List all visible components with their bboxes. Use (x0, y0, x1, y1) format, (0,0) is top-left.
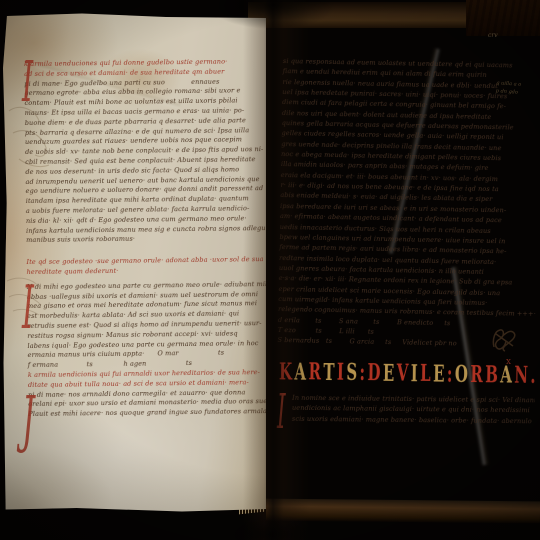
heading-letter: T (323, 358, 335, 386)
heading-letter: S (346, 358, 357, 386)
right-page: crv q uilla a op dn gdo si qua responsua… (270, 16, 536, 512)
text-line: scis uxoris edamiani· magne banere· base… (292, 413, 532, 426)
margin-note-line: p dn gdo (495, 87, 520, 97)
heading-letter: E (383, 359, 395, 387)
heading-letter: R (308, 358, 321, 386)
heading-letter: A (500, 360, 512, 388)
heading-letter: B (485, 360, 498, 388)
margin-note: q uilla a op dn gdo (495, 79, 521, 97)
right-page-bottom-text: In nomine sce e indiuidue trinitatis· pa… (292, 393, 532, 427)
heading-letter: I (411, 359, 418, 387)
folio-mark: crv (488, 32, 498, 39)
heading-letter: L (420, 359, 431, 387)
heading-letter: . (530, 361, 536, 389)
manuscript-photo: I I J k armila uenduciones qui fui donne… (0, 0, 540, 540)
heading-letter: : (359, 359, 365, 387)
notary-monogram-icon (491, 325, 518, 354)
heading-letter: I (337, 358, 344, 386)
heading-letter: : (447, 360, 453, 388)
illuminated-initial: I (22, 283, 34, 334)
illuminated-initial: J (22, 393, 34, 446)
heading-letter: D (367, 359, 380, 387)
heading-letter: E (433, 360, 445, 388)
text-line: Plauit est mihi iacere· nos quoque grand… (28, 407, 268, 420)
heading-letter: R (470, 360, 483, 388)
illuminated-initial: I (277, 392, 286, 433)
heading-letter: A (294, 358, 306, 386)
left-page-text: k armila uenduciones qui fui donne gudel… (24, 57, 268, 420)
left-page: I I J k armila uenduciones qui fui donne… (3, 13, 266, 513)
right-page-text: si qua responsuaa ad euem uolastes ut ue… (277, 56, 531, 350)
heading-letter: O (455, 360, 468, 388)
heading-letter: K (279, 357, 292, 385)
text-line: hereditate quam dederunt· (27, 265, 267, 278)
heading-letter: N (514, 361, 528, 389)
rubric-heading: KARTIS:DEVILE:ORBAN. (279, 354, 517, 391)
heading-letter: V (397, 359, 409, 387)
text-line: manibus suis uxoris roboramus· (26, 233, 266, 246)
illuminated-initial: I (22, 59, 33, 107)
